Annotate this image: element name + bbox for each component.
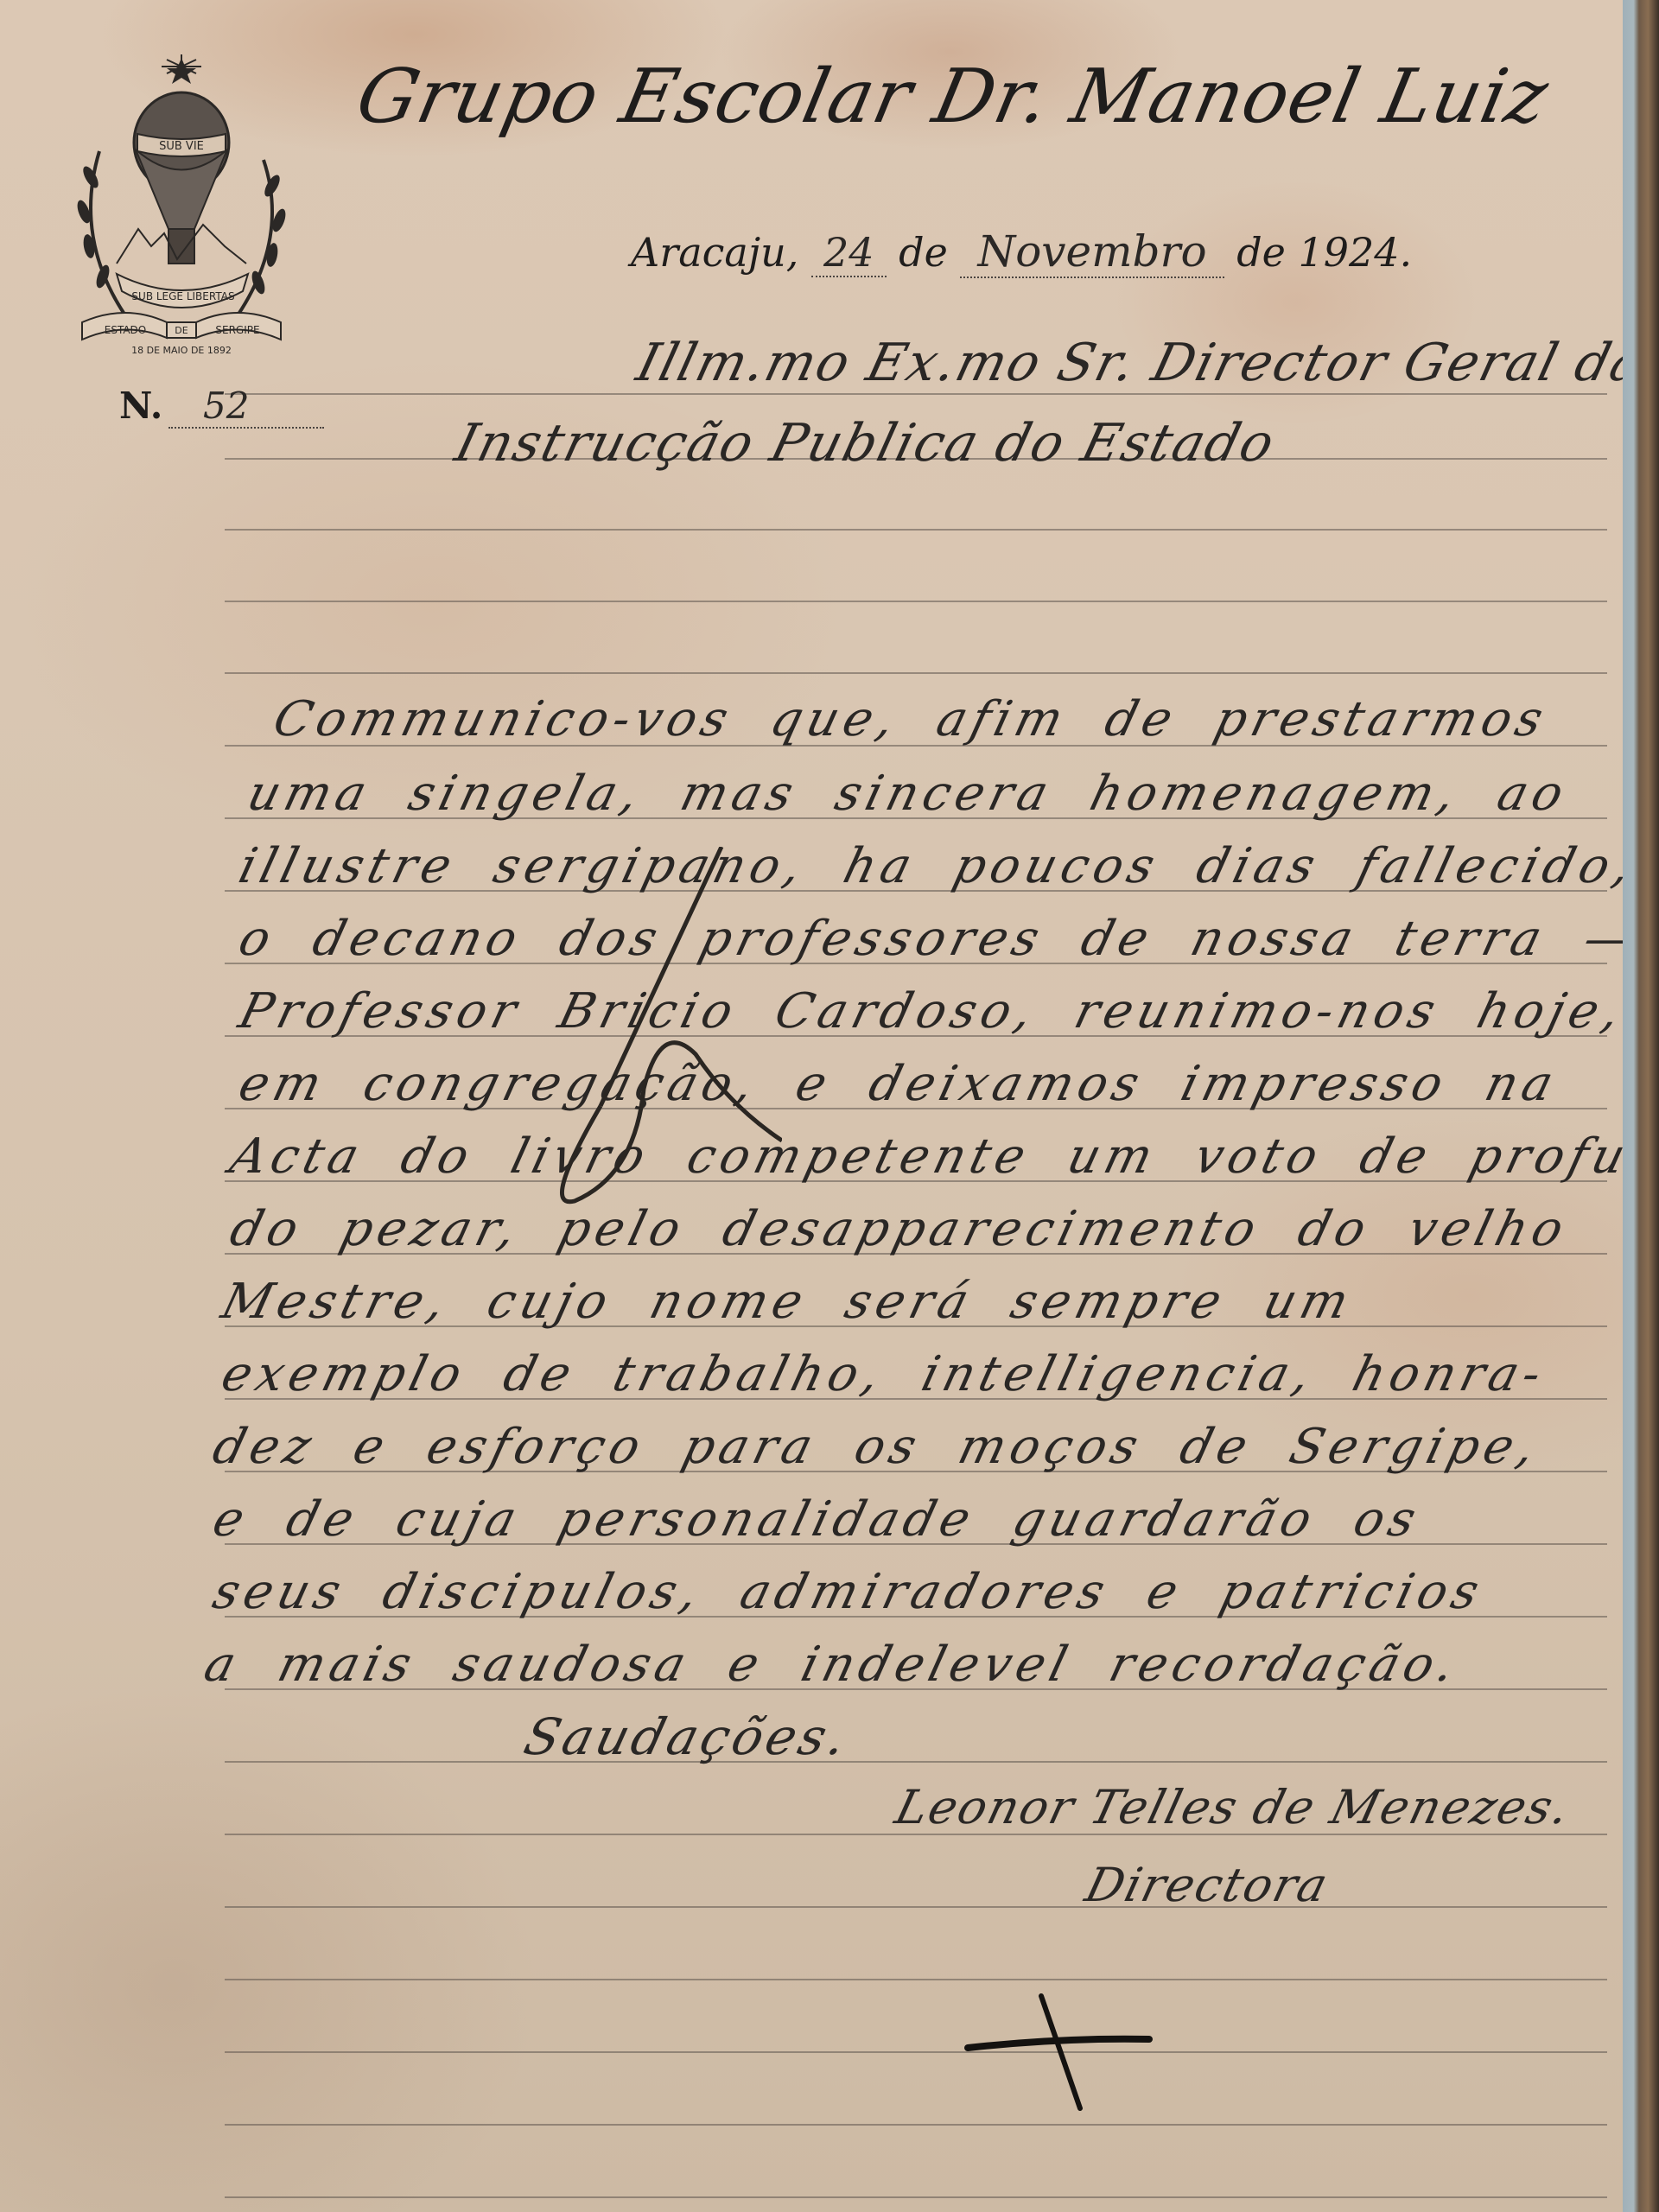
svg-text:SUB LEGE LIBERTAS: SUB LEGE LIBERTAS <box>131 290 234 302</box>
body-line: exemplo de trabalho, intelligencia, honr… <box>216 1346 1552 1402</box>
body-line: dez e esforço para os moços de Sergipe, <box>207 1419 1546 1475</box>
cross-mark-icon <box>959 1987 1166 2117</box>
archive-mark-icon <box>471 847 782 1227</box>
signature-title: Directora <box>1080 1858 1335 1912</box>
body-line: Professor Bricio Cardoso, reunimo-nos ho… <box>233 983 1630 1039</box>
body-line: o decano dos professores de nossa terra … <box>233 911 1646 967</box>
addressee-line-2: Instrucção Publica do Estado <box>449 413 1281 474</box>
date-month: Novembro <box>960 226 1224 278</box>
closing-salutation: Saudações. <box>518 1707 855 1766</box>
ruled-line <box>225 2124 1607 2126</box>
svg-text:SERGIPE: SERGIPE <box>215 324 259 336</box>
ruled-line <box>225 2051 1607 2053</box>
letter-page: SUB VIE SUB LEGE LIBERTAS <box>0 0 1624 2212</box>
ruled-line <box>225 393 1607 395</box>
ruled-line <box>225 601 1607 602</box>
ruled-line <box>225 1906 1607 1908</box>
body-line: illustre sergipano, ha poucos dias falle… <box>233 838 1642 894</box>
document-number: 52 <box>168 385 324 429</box>
ruled-line <box>225 1979 1607 1980</box>
svg-text:18 DE MAIO DE 1892: 18 DE MAIO DE 1892 <box>131 345 232 356</box>
date-preposition: de <box>899 229 948 276</box>
svg-text:ESTADO: ESTADO <box>105 324 147 336</box>
signature-name: Leonor Telles de Menezes. <box>890 1780 1576 1834</box>
school-name: Grupo Escolar Dr. Manoel Luiz <box>349 54 1556 140</box>
ruled-line <box>225 672 1607 674</box>
body-line: seus discipulos, admiradores e patricios <box>207 1564 1490 1620</box>
date-day: 24 <box>811 229 887 277</box>
book-spine-edge <box>1623 0 1659 2212</box>
ruled-line <box>225 529 1607 531</box>
date-preposition: de <box>1236 229 1286 276</box>
coat-of-arms-icon: SUB VIE SUB LEGE LIBERTAS <box>65 48 298 359</box>
body-line: a mais saudosa e indelevel recordação. <box>199 1637 1465 1693</box>
ruled-line <box>225 1761 1607 1763</box>
body-line: em congregação, e deixamos impresso na <box>233 1056 1564 1112</box>
svg-text:DE: DE <box>175 325 188 336</box>
body-line: Acta do livro competente um voto de prof… <box>225 1128 1659 1185</box>
body-line: do pezar, pelo desapparecimento do velho <box>225 1201 1574 1257</box>
document-number-label: N. <box>119 385 162 427</box>
place-name: Aracaju, <box>631 229 798 276</box>
date-line: Aracaju, 24 de Novembro de 1924. <box>631 226 1412 278</box>
body-line: Mestre, cujo nome será sempre um <box>216 1274 1359 1330</box>
body-line: uma singela, mas sincera homenagem, ao <box>242 766 1574 822</box>
svg-text:SUB VIE: SUB VIE <box>159 140 204 153</box>
body-line: Communico-vos que, afim de prestarmos <box>268 691 1554 747</box>
ruled-line <box>225 2196 1607 2198</box>
body-line: e de cuja personalidade guardarão os <box>207 1491 1427 1548</box>
date-year: 1924. <box>1298 229 1412 276</box>
addressee-line-1: Illm.mo Ex.mo Sr. Director Geral da <box>631 333 1651 393</box>
